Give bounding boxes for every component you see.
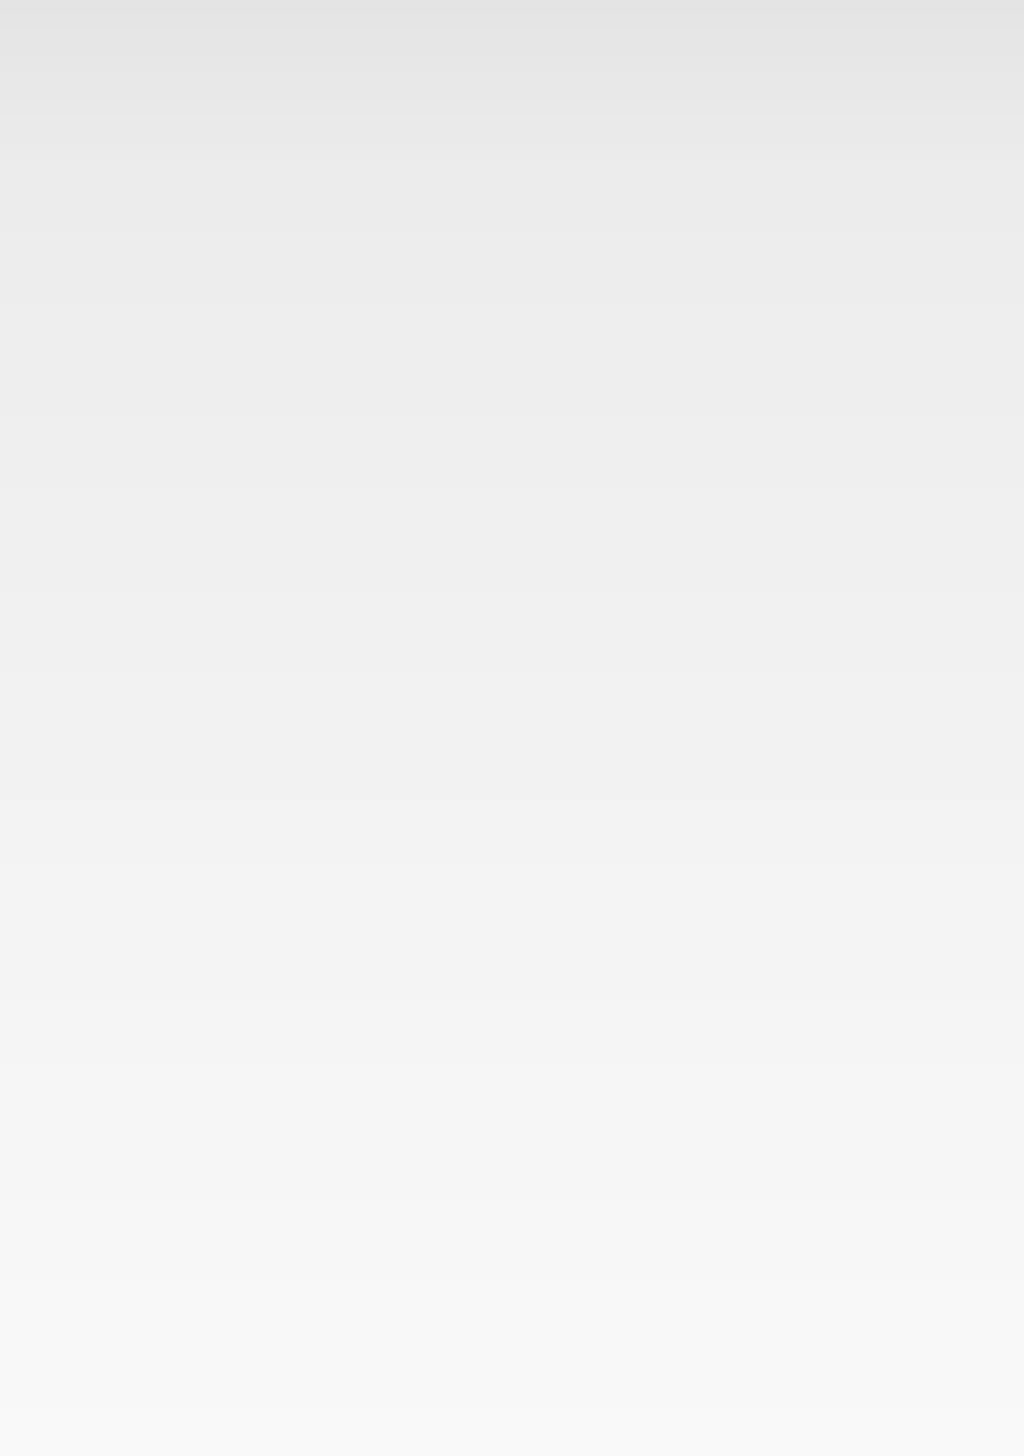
top-paw-print-border [0,0,1024,80]
page-footer [994,1408,1002,1410]
bottom-paw-print-border [0,1380,1024,1456]
